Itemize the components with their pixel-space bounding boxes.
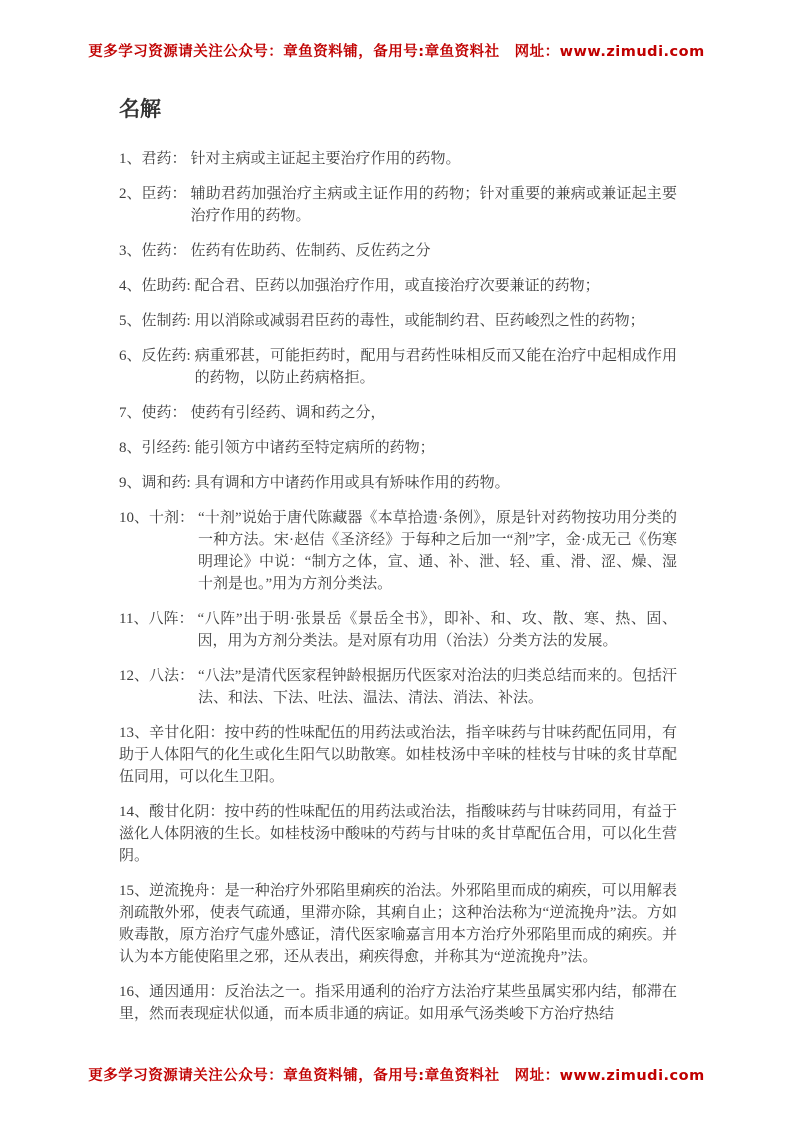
definition-item: 11、八阵：“八阵”出于明·张景岳《景岳全书》，即补、和、攻、散、寒、热、固、因… [119, 608, 677, 652]
item-label: 12、八法： [119, 665, 194, 687]
item-label: 3、佐药： [119, 240, 187, 262]
document-content: 名解 1、君药：针对主病或主证起主要治疗作用的药物。 2、臣药：辅助君药加强治疗… [119, 0, 677, 1038]
item-label: 9、调和药: [119, 472, 191, 494]
item-definition: “十剂”说始于唐代陈藏器《本草拾遗·条例》，原是针对药物按功用分类的一种方法。宋… [198, 507, 677, 595]
definition-item: 3、佐药：佐药有佐助药、佐制药、反佐药之分 [119, 240, 677, 262]
definition-item: 4、佐助药:配合君、臣药以加强治疗作用，或直接治疗次要兼证的药物； [119, 275, 677, 297]
item-definition: 病重邪甚，可能拒药时，配用与君药性味相反而又能在治疗中起相成作用的药物，以防止药… [195, 345, 677, 389]
definition-item: 8、引经药:能引领方中诸药至特定病所的药物； [119, 437, 677, 459]
definition-item: 9、调和药:具有调和方中诸药作用或具有矫味作用的药物。 [119, 472, 677, 494]
item-label: 4、佐助药: [119, 275, 191, 297]
item-definition: “八法”是清代医家程钟龄根据历代医家对治法的归类总结而来的。包括汗法、和法、下法… [198, 665, 677, 709]
definition-item: 13、辛甘化阳：按中药的性味配伍的用药法或治法，指辛味药与甘味药配伍同用，有助于… [119, 722, 677, 788]
item-definition: 配合君、臣药以加强治疗作用，或直接治疗次要兼证的药物； [195, 275, 677, 297]
item-definition: 佐药有佐助药、佐制药、反佐药之分 [191, 240, 677, 262]
item-label: 16、通因通用： [119, 984, 225, 1000]
item-definition: 具有调和方中诸药作用或具有矫味作用的药物。 [195, 472, 677, 494]
definition-item: 16、通因通用：反治法之一。指采用通利的治疗方法治疗某些虽属实邪内结，郁滞在里，… [119, 981, 677, 1025]
definition-item: 12、八法：“八法”是清代医家程钟龄根据历代医家对治法的归类总结而来的。包括汗法… [119, 665, 677, 709]
definition-item: 10、十剂：“十剂”说始于唐代陈藏器《本草拾遗·条例》，原是针对药物按功用分类的… [119, 507, 677, 595]
item-label: 8、引经药: [119, 437, 191, 459]
item-label: 5、佐制药: [119, 310, 191, 332]
definition-item: 2、臣药：辅助君药加强治疗主病或主证作用的药物；针对重要的兼病或兼证起主要治疗作… [119, 183, 677, 227]
item-label: 11、八阵： [119, 608, 193, 630]
definitions-list: 1、君药：针对主病或主证起主要治疗作用的药物。 2、臣药：辅助君药加强治疗主病或… [119, 148, 677, 1025]
item-definition: 能引领方中诸药至特定病所的药物； [195, 437, 677, 459]
item-label: 1、君药： [119, 148, 187, 170]
item-definition: 使药有引经药、调和药之分， [191, 402, 677, 424]
item-label: 10、十剂： [119, 507, 194, 529]
definition-item: 15、逆流挽舟：是一种治疗外邪陷里痢疾的治法。外邪陷里而成的痢疾，可以用解表剂疏… [119, 880, 677, 968]
definition-item: 14、酸甘化阴：按中药的性味配伍的用药法或治法，指酸味药与甘味药同用，有益于滋化… [119, 801, 677, 867]
definition-item: 5、佐制药:用以消除或减弱君臣药的毒性，或能制约君、臣药峻烈之性的药物； [119, 310, 677, 332]
item-label: 15、逆流挽舟： [119, 883, 225, 899]
definition-item: 6、反佐药:病重邪甚，可能拒药时，配用与君药性味相反而又能在治疗中起相成作用的药… [119, 345, 677, 389]
item-label: 2、臣药： [119, 183, 187, 205]
item-definition: “八阵”出于明·张景岳《景岳全书》，即补、和、攻、散、寒、热、固、因，用为方剂分… [197, 608, 677, 652]
item-label: 7、使药： [119, 402, 187, 424]
definition-item: 7、使药：使药有引经药、调和药之分， [119, 402, 677, 424]
item-label: 14、酸甘化阴： [119, 804, 225, 820]
document-page: 更多学习资源请关注公众号：章鱼资料铺，备用号:章鱼资料社 网址：www.zimu… [0, 0, 793, 1122]
item-definition: 辅助君药加强治疗主病或主证作用的药物；针对重要的兼病或兼证起主要治疗作用的药物。 [191, 183, 677, 227]
page-title: 名解 [119, 97, 677, 122]
definition-item: 1、君药：针对主病或主证起主要治疗作用的药物。 [119, 148, 677, 170]
item-label: 13、辛甘化阳： [119, 725, 225, 741]
footer-promo-text: 更多学习资源请关注公众号：章鱼资料铺，备用号:章鱼资料社 网址：www.zimu… [0, 1064, 793, 1085]
item-definition: 用以消除或减弱君臣药的毒性，或能制约君、臣药峻烈之性的药物； [195, 310, 677, 332]
item-label: 6、反佐药: [119, 345, 191, 367]
item-definition: 针对主病或主证起主要治疗作用的药物。 [191, 148, 677, 170]
